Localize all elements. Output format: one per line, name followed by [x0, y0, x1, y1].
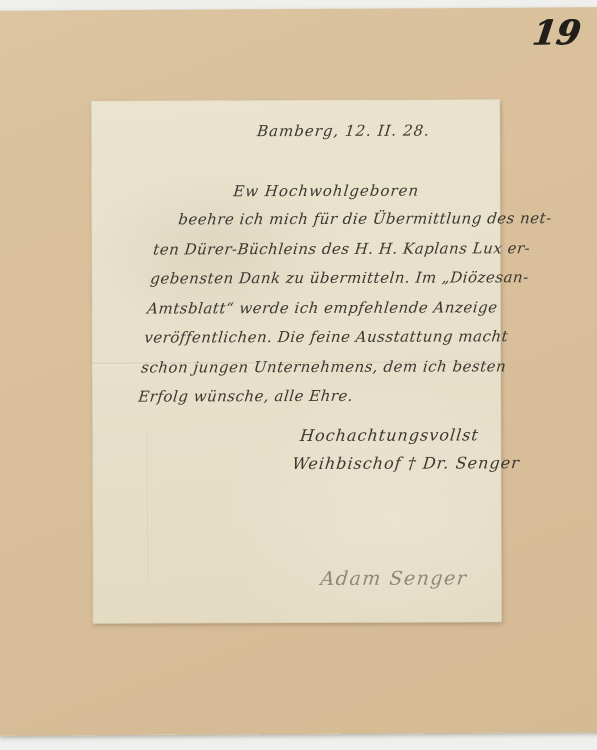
mount-card: 19 Bamberg, 12. II. 28. Ew Hochwohlgebor… — [0, 7, 597, 736]
letter-salutation: Ew Hochwohlgeboren — [232, 182, 420, 201]
letter-signature: Weihbischof † Dr. Senger — [291, 453, 521, 473]
letter-paper: Bamberg, 12. II. 28. Ew Hochwohlgeboren … — [91, 99, 502, 623]
letter-body-line: gebensten Dank zu übermitteln. Im „Diöze… — [148, 268, 546, 299]
letter-body: beehre ich mich für die Übermittlung des… — [136, 209, 552, 417]
letter-body-line: Amtsblatt“ werde ich empfehlende Anzeige — [145, 298, 543, 329]
letter-body-line: schon jungen Unternehmens, dem ich beste… — [139, 357, 537, 388]
letter-body-line: veröffentlichen. Die feine Ausstattung m… — [142, 327, 540, 358]
letter-body-line: ten Dürer-Büchleins des H. H. Kaplans Lu… — [151, 239, 549, 270]
letter-closing: Hochachtungsvollst — [299, 425, 480, 445]
letter-body-line: beehre ich mich für die Übermittlung des… — [154, 209, 552, 240]
letter-dateline: Bamberg, 12. II. 28. — [256, 122, 431, 141]
scan-background: 19 Bamberg, 12. II. 28. Ew Hochwohlgebor… — [0, 0, 597, 750]
letter-body-line: Erfolg wünsche, alle Ehre. — [136, 386, 534, 417]
fold-crease-vertical — [147, 431, 150, 581]
pencil-annotation: Adam Senger — [320, 567, 469, 590]
archive-number: 19 — [530, 13, 583, 53]
